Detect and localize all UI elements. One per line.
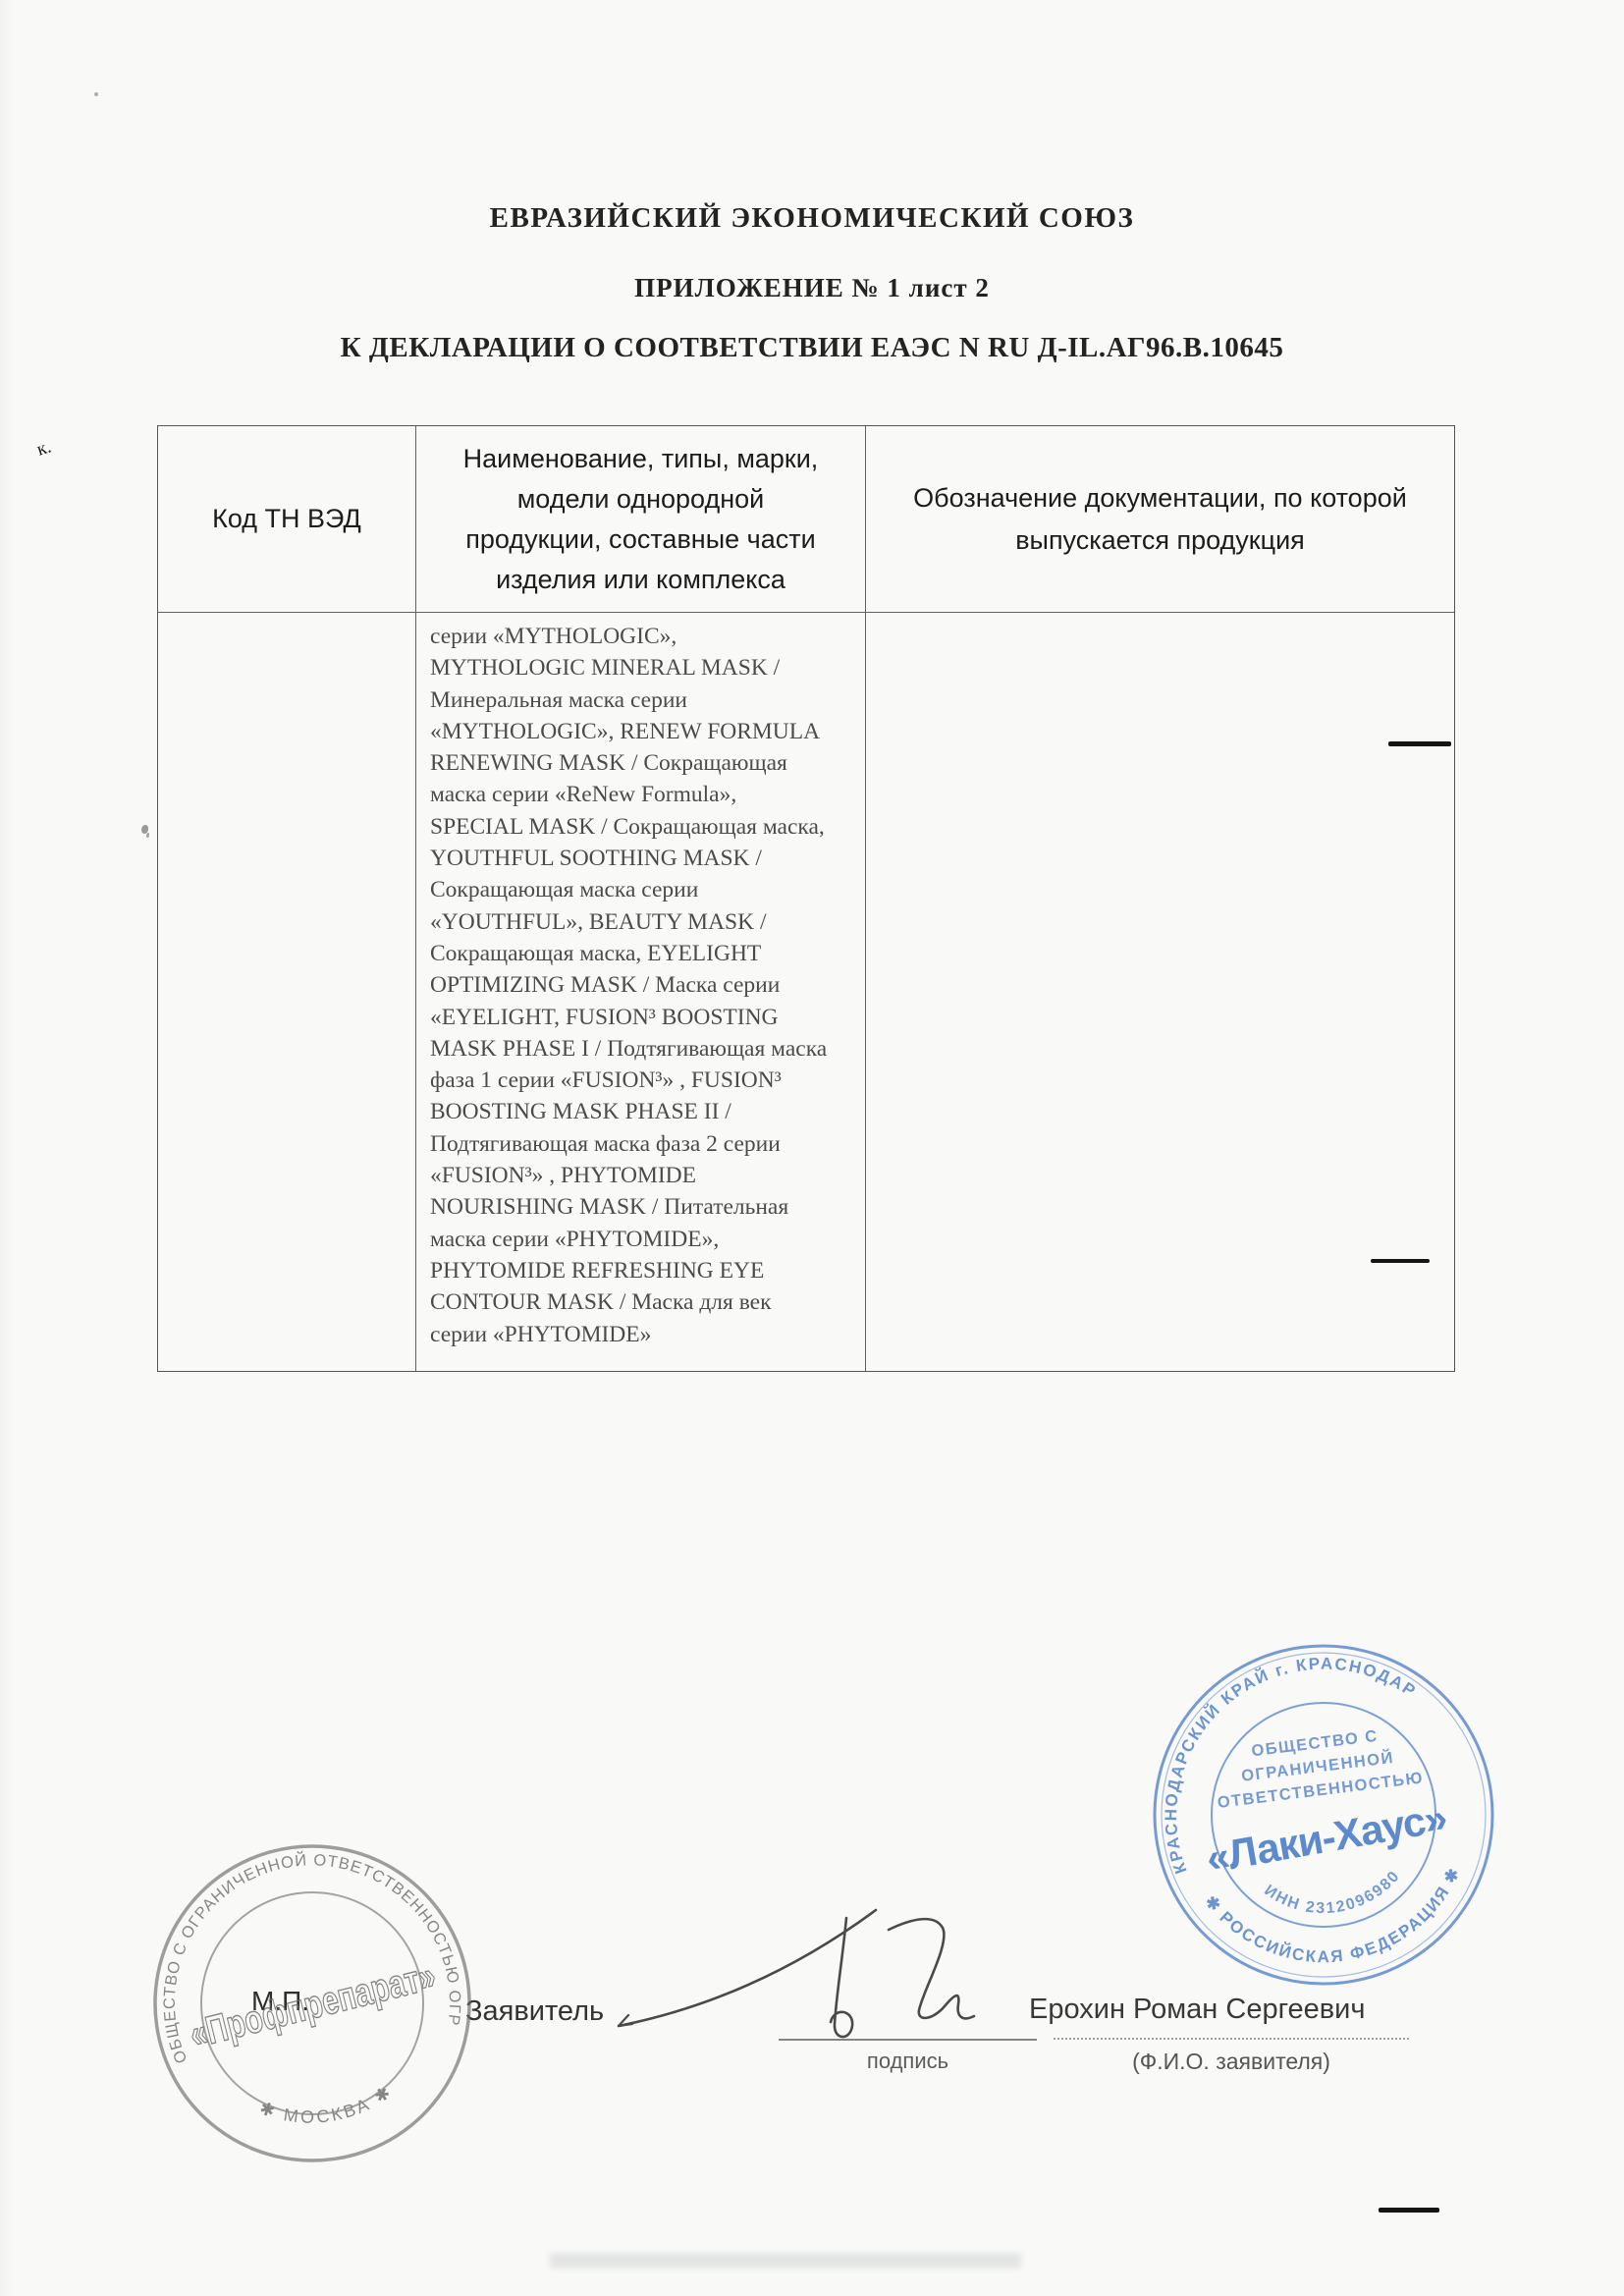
svg-text:ОБЩЕСТВО С ОГРАНИЧЕННОЙ ОТВЕТС: ОБЩЕСТВО С ОГРАНИЧЕННОЙ ОТВЕТСТВЕННОСТЬЮ… <box>124 1815 468 2071</box>
table-cell-tnved-empty <box>158 613 416 1371</box>
product-line: серии «MYTHOLOGIC», <box>430 621 861 652</box>
product-line: «FUSION³» , PHYTOMIDE <box>430 1160 861 1191</box>
product-line: Подтягивающая маска фаза 2 серии <box>430 1128 861 1160</box>
signature-caption: подпись <box>779 2049 1037 2074</box>
svg-text:✱ МОСКВА ✱: ✱ МОСКВА ✱ <box>254 2080 399 2136</box>
svg-text:ИНН 2312096980: ИНН 2312096980 <box>1260 1866 1407 1925</box>
scan-speck <box>94 92 98 96</box>
ink-speck <box>141 825 148 834</box>
scan-smudge <box>550 2253 1021 2269</box>
stamp-company-name: «Профпрепарат» <box>186 1954 440 2057</box>
product-line: RENEWING MASK / Сокращающая <box>430 747 861 779</box>
product-line: «YOUTHFUL», BEAUTY MASK / <box>430 906 861 938</box>
table-header-product-name: Наименование, типы, марки, модели одноро… <box>416 426 866 613</box>
declaration-number-line: К ДЕКЛАРАЦИИ О СООТВЕТСТВИИ ЕАЭС N RU Д-… <box>0 332 1624 364</box>
product-line: Сокращающая маска, EYELIGHT <box>430 938 861 969</box>
applicant-name-caption: (Ф.И.О. заявителя) <box>1054 2049 1409 2075</box>
product-line: MASK PHASE I / Подтягивающая маска <box>430 1033 861 1065</box>
page-title: ЕВРАЗИЙСКИЙ ЭКОНОМИЧЕСКИЙ СОЮЗ <box>0 202 1624 235</box>
stamp-ring-text: ОБЩЕСТВО С ОГРАНИЧЕННОЙ ОТВЕТСТВЕННОСТЬЮ… <box>124 1815 468 2071</box>
scanned-declaration-page: ЕВРАЗИЙСКИЙ ЭКОНОМИЧЕСКИЙ СОЮЗ ПРИЛОЖЕНИ… <box>0 0 1624 2296</box>
product-line: «MYTHOLOGIC», RENEW FORMULA <box>430 716 861 747</box>
applicant-label: Заявитель <box>465 1995 604 2028</box>
product-line: MYTHOLOGIC MINERAL MASK / <box>430 652 861 683</box>
product-line: CONTOUR MASK / Маска для век <box>430 1286 861 1318</box>
scan-dash-mark <box>1371 1259 1430 1263</box>
scan-dash-mark <box>1379 2208 1439 2213</box>
product-line: маска серии «PHYTOMIDE», <box>430 1224 861 1255</box>
appendix-subtitle: ПРИЛОЖЕНИЕ № 1 лист 2 <box>0 273 1624 303</box>
stamp-inn-text: ИНН 2312096980 <box>1260 1866 1407 1925</box>
table-cell-product-list: серии «MYTHOLOGIC»,MYTHOLOGIC MINERAL MA… <box>416 613 866 1371</box>
table-cell-documentation-empty <box>866 613 1454 1371</box>
applicant-name-line <box>1054 2038 1409 2040</box>
product-line: маска серии «ReNew Formula», <box>430 779 861 810</box>
product-line: «EYELIGHT, FUSION³ BOOSTING <box>430 1002 861 1033</box>
product-line: BOOSTING MASK PHASE II / <box>430 1096 861 1127</box>
table-header-tnved: Код ТН ВЭД <box>158 426 416 613</box>
product-line: Минеральная маска серии <box>430 684 861 716</box>
signature-line <box>779 2039 1037 2041</box>
table-header-documentation: Обозначение документации, по которой вып… <box>866 426 1454 613</box>
product-line: Сокращающая маска серии <box>430 874 861 905</box>
stamp-city-text: ✱ МОСКВА ✱ <box>254 2080 399 2136</box>
handwritten-signature <box>589 1900 1011 2048</box>
products-table: Код ТН ВЭД Наименование, типы, марки, мо… <box>157 425 1455 1372</box>
product-line: YOUTHFUL SOOTHING MASK / <box>430 843 861 874</box>
scan-dash-mark <box>1388 741 1451 746</box>
laki-haus-stamp: КРАСНОДАРСКИЙ КРАЙ г. КРАСНОДАР ✱ РОССИЙ… <box>1115 1607 1531 2022</box>
product-line: OPTIMIZING MASK / Маска серии <box>430 969 861 1001</box>
product-line: SPECIAL MASK / Сокращающая маска, <box>430 811 861 843</box>
product-line: фаза 1 серии «FUSION³» , FUSION³ <box>430 1065 861 1096</box>
handwritten-margin-mark: к. <box>34 436 54 461</box>
product-line: PHYTOMIDE REFRESHING EYE <box>430 1255 861 1286</box>
product-line: серии «PHYTOMIDE» <box>430 1319 861 1350</box>
profpreparat-stamp: ОБЩЕСТВО С ОГРАНИЧЕННОЙ ОТВЕТСТВЕННОСТЬЮ… <box>124 1815 501 2192</box>
product-line: NOURISHING MASK / Питательная <box>430 1191 861 1223</box>
